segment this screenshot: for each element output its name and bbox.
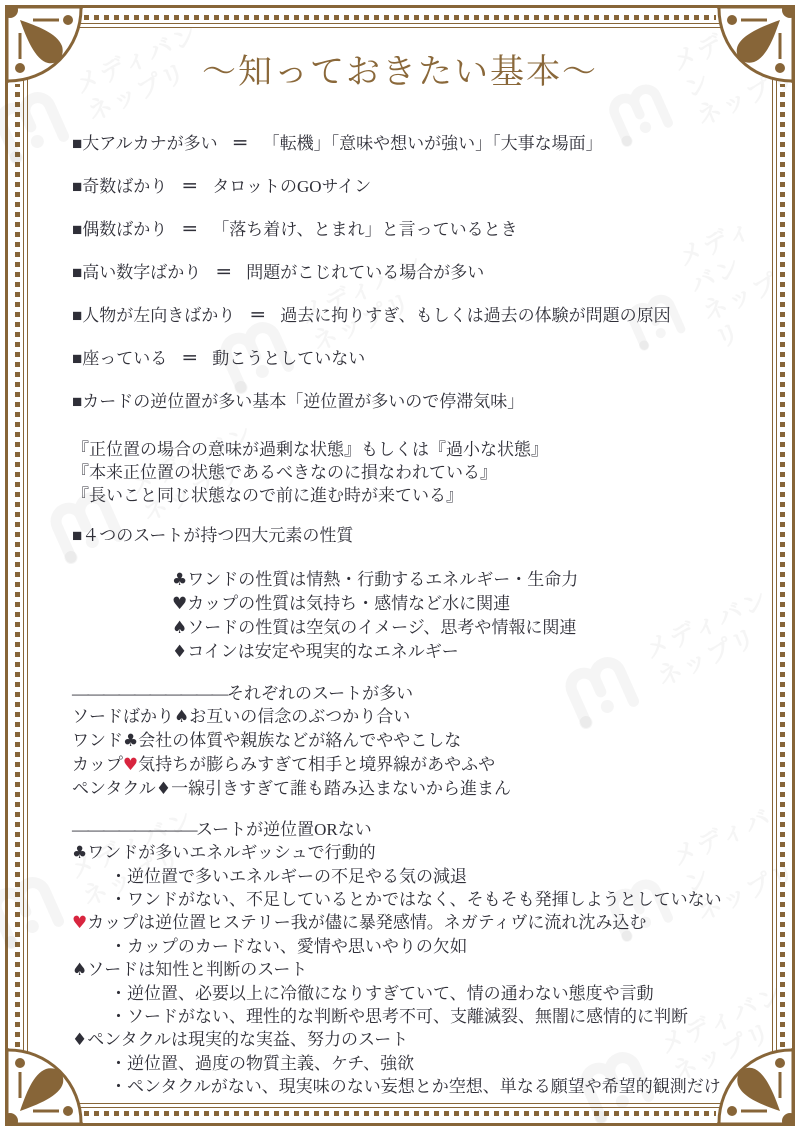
rule-value: 「転機」「意味や想いが強い」「大事な場面」 bbox=[263, 134, 603, 153]
four-elements-heading: ■４つのスートが持つ四大元素の性質 bbox=[72, 524, 742, 547]
group-head-text: ワンドが多いエネルギッシュで行動的 bbox=[87, 843, 375, 862]
medibang-logo-icon bbox=[0, 859, 82, 954]
item-post: お互いの信念のぶつかり合い bbox=[189, 707, 410, 726]
equals-sign: ＝ bbox=[181, 220, 198, 239]
list-item: ♥カップの性質は気持ち・感情など水に関連 bbox=[172, 592, 742, 616]
sub-bullet: ・逆位置で多いエネルギーの不足やる気の減退 bbox=[72, 865, 742, 888]
rule-line: ■偶数ばかり＝「落ち着け、とまれ」と言っているとき bbox=[72, 218, 742, 241]
equals-sign: ＝ bbox=[181, 177, 198, 196]
equals-sign: ＝ bbox=[249, 306, 266, 325]
list-item: ソードばかり♠お互いの信念のぶつかり合い bbox=[72, 705, 742, 729]
corner-ornament-bottom-left bbox=[5, 1048, 83, 1126]
suit-group-head: ♠ソードは知性と判断のスート bbox=[72, 958, 742, 982]
heart-icon: ♥ bbox=[72, 913, 87, 933]
group-head-text: ソードは知性と判断のスート bbox=[87, 960, 307, 979]
frame-dotted-band-bottom bbox=[84, 1111, 716, 1116]
sub-bullet: ・カップのカードない、愛情や思いやりの欠如 bbox=[72, 935, 742, 958]
list-item: ♦コインは安定や現実的なエネルギー bbox=[172, 640, 742, 664]
item-text: カップの性質は気持ち・感情など水に関連 bbox=[187, 594, 510, 613]
rule-value: 問題がこじれている場合が多い bbox=[246, 263, 484, 282]
dash-rule: ———————— bbox=[72, 820, 196, 839]
diamond-icon: ♦ bbox=[156, 779, 171, 799]
section-heading: ————————スートが逆位置ORない bbox=[72, 818, 742, 841]
frame-dotted-band-top bbox=[84, 15, 716, 20]
item-text: コインは安定や現実的なエネルギー bbox=[187, 642, 459, 661]
reversed-basic-line: ■カードの逆位置が多い基本「逆位置が多いので停滞気味」 bbox=[72, 390, 742, 413]
rule-line: ■大アルカナが多い＝「転機」「意味や想いが強い」「大事な場面」 bbox=[72, 132, 742, 155]
rule-value: 動こうとしていない bbox=[212, 349, 365, 368]
reversed-or-missing-block: ————————スートが逆位置ORない ♣ワンドが多いエネルギッシュで行動的 ・… bbox=[72, 818, 742, 1098]
page-title: 〜知っておきたい基本〜 bbox=[0, 44, 800, 93]
heart-icon: ♥ bbox=[123, 755, 138, 775]
corner-ornament-top-left bbox=[5, 5, 83, 83]
item-pre: ペンタクル bbox=[72, 779, 156, 798]
item-text: ワンドの性質は情熱・行動するエネルギー・生命力 bbox=[187, 570, 578, 589]
quote-line: 『正位置の場合の意味が過剰な状態』もしくは『過小な状態』 bbox=[72, 438, 742, 461]
rule-value: 過去に拘りすぎ、もしくは過去の体験が問題の原因 bbox=[280, 306, 670, 325]
rule-line: ■奇数ばかり＝タロットのGOサイン bbox=[72, 175, 742, 198]
diamond-icon: ♦ bbox=[72, 1030, 87, 1050]
document-body: ■大アルカナが多い＝「転機」「意味や想いが強い」「大事な場面」 ■奇数ばかり＝タ… bbox=[72, 132, 742, 1098]
heading-text: スートが逆位置ORない bbox=[196, 820, 372, 839]
sub-bullet: ・ソードがない、理性的な判断や思考不可、支離滅裂、無闇に感情的に判断 bbox=[72, 1005, 742, 1028]
list-item: ♣ワンドの性質は情熱・行動するエネルギー・生命力 bbox=[172, 568, 742, 592]
club-icon: ♣ bbox=[72, 843, 87, 863]
item-text: ソードの性質は空気のイメージ、思考や情報に関連 bbox=[187, 618, 576, 637]
many-suits-block: ——————————それぞれのスートが多い ソードばかり♠お互いの信念のぶつかり… bbox=[72, 682, 742, 801]
rule-line: ■座っている＝動こうとしていない bbox=[72, 347, 742, 370]
group-head-text: ペンタクルは現実的な実益、努力のスート bbox=[87, 1030, 408, 1049]
frame-dotted-band-left bbox=[15, 84, 20, 1047]
item-pre: カップ bbox=[72, 755, 123, 774]
item-pre: ワンド bbox=[72, 731, 123, 750]
spade-icon: ♠ bbox=[174, 707, 189, 727]
list-item: ♠ソードの性質は空気のイメージ、思考や情報に関連 bbox=[172, 616, 742, 640]
sub-bullet: ・ペンタクルがない、現実味のない妄想とか空想、単なる願望や希望的観測だけ bbox=[72, 1075, 742, 1098]
corner-ornament-top-right bbox=[717, 5, 795, 83]
rule-label: ■座っている bbox=[72, 349, 167, 368]
quote-line: 『本来正位置の状態であるべきなのに損なわれている』 bbox=[72, 461, 742, 484]
list-item: カップ♥気持ちが膨らみすぎて相手と境界線があやふや bbox=[72, 753, 742, 777]
spade-icon: ♠ bbox=[72, 960, 87, 980]
rule-label: ■高い数字ばかり bbox=[72, 263, 201, 282]
dash-rule: —————————— bbox=[72, 684, 227, 703]
frame-dotted-band-right bbox=[780, 84, 785, 1047]
club-icon: ♣ bbox=[123, 731, 138, 751]
rule-line: ■人物が左向きばかり＝過去に拘りすぎ、もしくは過去の体験が問題の原因 bbox=[72, 304, 742, 327]
item-post: 気持ちが膨らみすぎて相手と境界線があやふや bbox=[138, 755, 495, 774]
quotes-block: 『正位置の場合の意味が過剰な状態』もしくは『過小な状態』 『本来正位置の状態であ… bbox=[72, 438, 742, 507]
rule-value: 「落ち着け、とまれ」と言っているとき bbox=[212, 220, 517, 239]
heart-icon: ♥ bbox=[172, 594, 187, 614]
corner-ornament-bottom-right bbox=[717, 1048, 795, 1126]
suit-group-head: ♥カップは逆位置ヒステリー我が儘に暴発感情。ネガティヴに流れ沈み込む bbox=[72, 911, 742, 935]
suit-group-head: ♦ペンタクルは現実的な実益、努力のスート bbox=[72, 1028, 742, 1052]
rule-label: ■人物が左向きばかり bbox=[72, 306, 235, 325]
rule-label: ■偶数ばかり bbox=[72, 220, 167, 239]
club-icon: ♣ bbox=[172, 570, 187, 590]
diamond-icon: ♦ bbox=[172, 642, 187, 662]
equals-sign: ＝ bbox=[232, 134, 249, 153]
spade-icon: ♠ bbox=[172, 618, 187, 638]
equals-sign: ＝ bbox=[181, 349, 198, 368]
item-post: 会社の体質や親族などが絡んでややこしな bbox=[138, 731, 461, 750]
suit-group-head: ♣ワンドが多いエネルギッシュで行動的 bbox=[72, 841, 742, 865]
rule-label: ■大アルカナが多い bbox=[72, 134, 218, 153]
item-post: 一線引きすぎて誰も踏み込まないから進まん bbox=[171, 779, 511, 798]
rule-value: タロットのGOサイン bbox=[212, 177, 371, 196]
item-pre: ソードばかり bbox=[72, 707, 174, 726]
rule-label: ■奇数ばかり bbox=[72, 177, 167, 196]
sub-bullet: ・ワンドがない、不足しているとかではなく、そもそも発揮しようとしていない bbox=[72, 888, 742, 911]
heading-text: それぞれのスートが多い bbox=[227, 684, 413, 703]
sub-bullet: ・逆位置、必要以上に冷徹になりすぎていて、情の通わない態度や言動 bbox=[72, 982, 742, 1005]
list-item: ワンド♣会社の体質や親族などが絡んでややこしな bbox=[72, 729, 742, 753]
sub-bullet: ・逆位置、過度の物質主義、ケチ、強欲 bbox=[72, 1052, 742, 1075]
group-head-text: カップは逆位置ヒステリー我が儘に暴発感情。ネガティヴに流れ沈み込む bbox=[87, 913, 646, 932]
equals-sign: ＝ bbox=[215, 263, 232, 282]
four-elements-list: ♣ワンドの性質は情熱・行動するエネルギー・生命力 ♥カップの性質は気持ち・感情な… bbox=[72, 568, 742, 664]
section-heading: ——————————それぞれのスートが多い bbox=[72, 682, 742, 705]
quote-line: 『長いこと同じ状態なので前に進む時が来ている』 bbox=[72, 484, 742, 507]
tarot-basics-sheet: メディバンネップリ メディバンネップリ メディバンネップリ メディバンネップリ … bbox=[0, 0, 800, 1131]
rule-line: ■高い数字ばかり＝問題がこじれている場合が多い bbox=[72, 261, 742, 284]
list-item: ペンタクル♦一線引きすぎて誰も踏み込まないから進まん bbox=[72, 777, 742, 801]
